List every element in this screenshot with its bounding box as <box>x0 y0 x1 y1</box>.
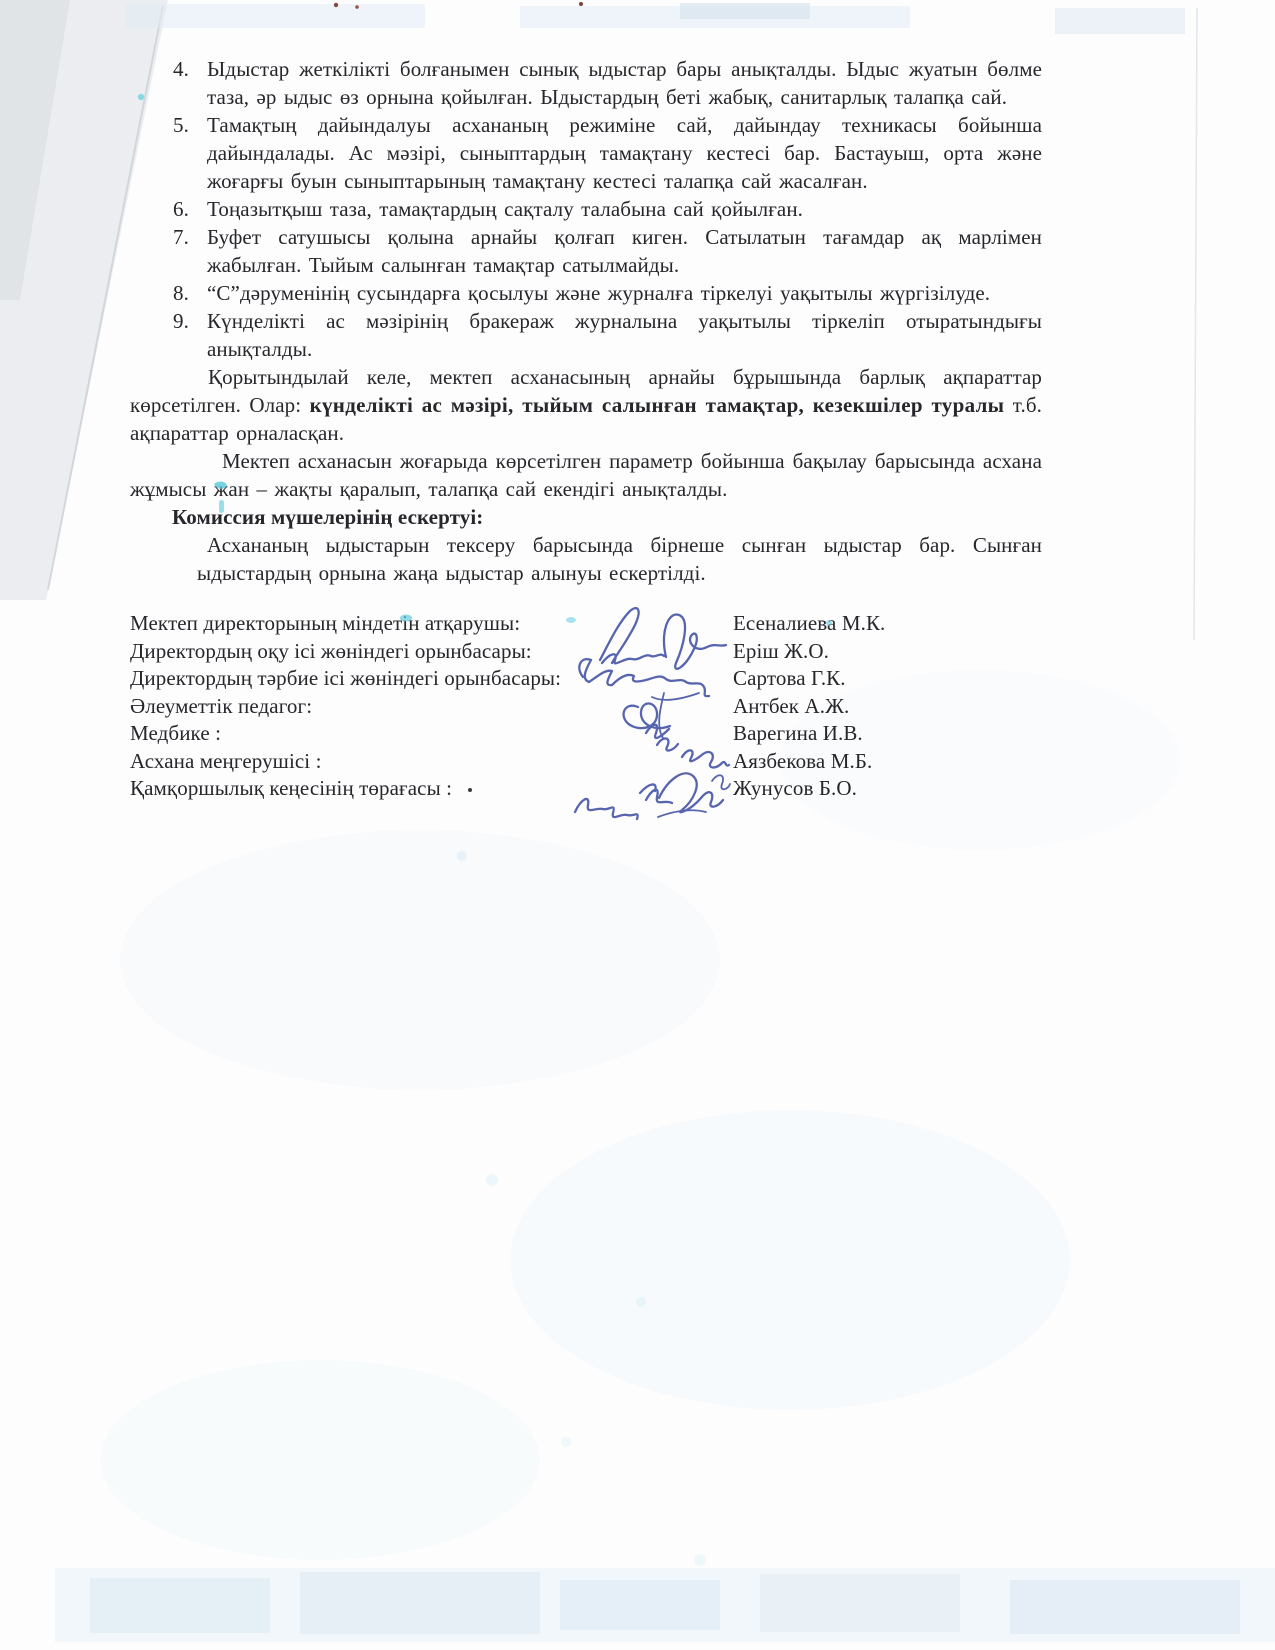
list-item-number: 7. <box>173 223 207 279</box>
list-item: 9. Күнделікті ас мәзірінің бракераж журн… <box>173 307 1042 363</box>
signatory-name: Еріш Ж.О. <box>733 638 829 666</box>
list-item-number: 4. <box>173 55 207 111</box>
list-item: 8. “С”дәруменінің сусындарға қосылуы жән… <box>173 279 1042 307</box>
top-scan-band <box>680 3 810 19</box>
bottom-scan-band <box>55 1568 1275 1642</box>
list-item-number: 6. <box>173 195 207 223</box>
list-item-number: 8. <box>173 279 207 307</box>
scan-mottle <box>510 1110 1070 1410</box>
signatory-name: Сартова Г.К. <box>733 665 846 693</box>
signature-row: Асхана меңгерушісі : Аязбекова М.Б. <box>130 748 1042 776</box>
list-item-text: “С”дәруменінің сусындарға қосылуы және ж… <box>207 279 1042 307</box>
list-item: 4. Ыдыстар жеткілікті болғанымен сынық ы… <box>173 55 1042 111</box>
red-speck <box>334 3 338 7</box>
list-item-text: Тоңазытқыш таза, тамақтардың сақталу тал… <box>207 195 1042 223</box>
cyan-speck <box>561 1437 571 1447</box>
signature-row: Қамқоршылық кеңесінің төрағасы : Жунусов… <box>130 775 1042 803</box>
list-item-text: Буфет сатушысы қолына арнайы қолғап киге… <box>207 223 1042 279</box>
signature-row: Директордың оқу ісі жөніндегі орынбасары… <box>130 638 1042 666</box>
conclusion-paragraph: Қорытындылай келе, мектеп асханасының ар… <box>130 363 1042 447</box>
red-speck <box>355 5 359 9</box>
top-scan-band <box>520 6 910 28</box>
remark-paragraph: Асхананың ыдыстарын тексеру барысында бі… <box>197 531 1042 587</box>
signatory-title: Мектеп директорының міндетін атқарушы: <box>130 610 733 638</box>
signatory-title: Директордың оқу ісі жөніндегі орынбасары… <box>130 638 733 666</box>
signatory-title: Асхана меңгерушісі : <box>130 748 733 776</box>
red-speck <box>579 2 583 6</box>
top-scan-band <box>1055 8 1185 34</box>
signatory-name: Варегина И.В. <box>733 720 863 748</box>
paper-edge-line <box>1194 8 1197 640</box>
conclusion-bold: күнделікті ас мәзірі, тыйым салынған там… <box>310 393 1005 417</box>
list-item-text: Күнделікті ас мәзірінің бракераж журналы… <box>207 307 1042 363</box>
list-item-number: 9. <box>173 307 207 363</box>
signature-row: Директордың тәрбие ісі жөніндегі орынбас… <box>130 665 1042 693</box>
signatory-name: Жунусов Б.О. <box>733 775 857 803</box>
top-scan-band <box>125 4 425 28</box>
bottom-scan-band <box>90 1578 270 1633</box>
scan-mottle <box>100 1360 540 1560</box>
cyan-speck <box>486 1174 498 1186</box>
signature-row: Әлеуметтік педагог: Антбек А.Ж. <box>130 693 1042 721</box>
signatory-title: Әлеуметтік педагог: <box>130 693 733 721</box>
signature-stroke <box>658 810 706 817</box>
bottom-scan-band <box>300 1572 540 1634</box>
cyan-speck <box>636 1297 646 1307</box>
cyan-speck <box>457 851 467 861</box>
document-content: 4. Ыдыстар жеткілікті болғанымен сынық ы… <box>130 55 1042 803</box>
signatory-title: Медбике : <box>130 720 733 748</box>
numbered-findings-list: 4. Ыдыстар жеткілікті болғанымен сынық ы… <box>173 55 1042 363</box>
cyan-speck <box>694 1554 706 1566</box>
signature-block: Мектеп директорының міндетін атқарушы: Е… <box>130 610 1042 803</box>
list-item: 5. Тамақтың дайындалуы асхананың режимін… <box>173 111 1042 195</box>
bottom-scan-band <box>1010 1580 1240 1634</box>
list-item: 6. Тоңазытқыш таза, тамақтардың сақталу … <box>173 195 1042 223</box>
list-item-number: 5. <box>173 111 207 195</box>
scanned-document-page: 4. Ыдыстар жеткілікті болғанымен сынық ы… <box>0 0 1275 1650</box>
signatory-title: Директордың тәрбие ісі жөніндегі орынбас… <box>130 665 733 693</box>
list-item: 7. Буфет сатушысы қолына арнайы қолғап к… <box>173 223 1042 279</box>
scan-mottle <box>120 830 720 1090</box>
list-item-text: Тамақтың дайындалуы асхананың режиміне с… <box>207 111 1042 195</box>
bottom-scan-band <box>560 1580 720 1630</box>
commission-remark-heading: Комиссия мүшелерінің ескертуі: <box>172 503 1042 531</box>
signature-row: Мектеп директорының міндетін атқарушы: Е… <box>130 610 1042 638</box>
list-item-text: Ыдыстар жеткілікті болғанымен сынық ыдыс… <box>207 55 1042 111</box>
signatory-name: Аязбекова М.Б. <box>733 748 872 776</box>
signatory-name: Есеналиева М.К. <box>733 610 885 638</box>
signatory-name: Антбек А.Ж. <box>733 693 849 721</box>
monitoring-paragraph: Мектеп асханасын жоғарыда көрсетілген па… <box>130 447 1042 503</box>
bottom-scan-band <box>760 1574 960 1632</box>
page-corner-shading-dark <box>0 0 70 300</box>
signature-row: Медбике : Варегина И.В. <box>130 720 1042 748</box>
signatory-title: Қамқоршылық кеңесінің төрағасы : <box>130 775 733 803</box>
